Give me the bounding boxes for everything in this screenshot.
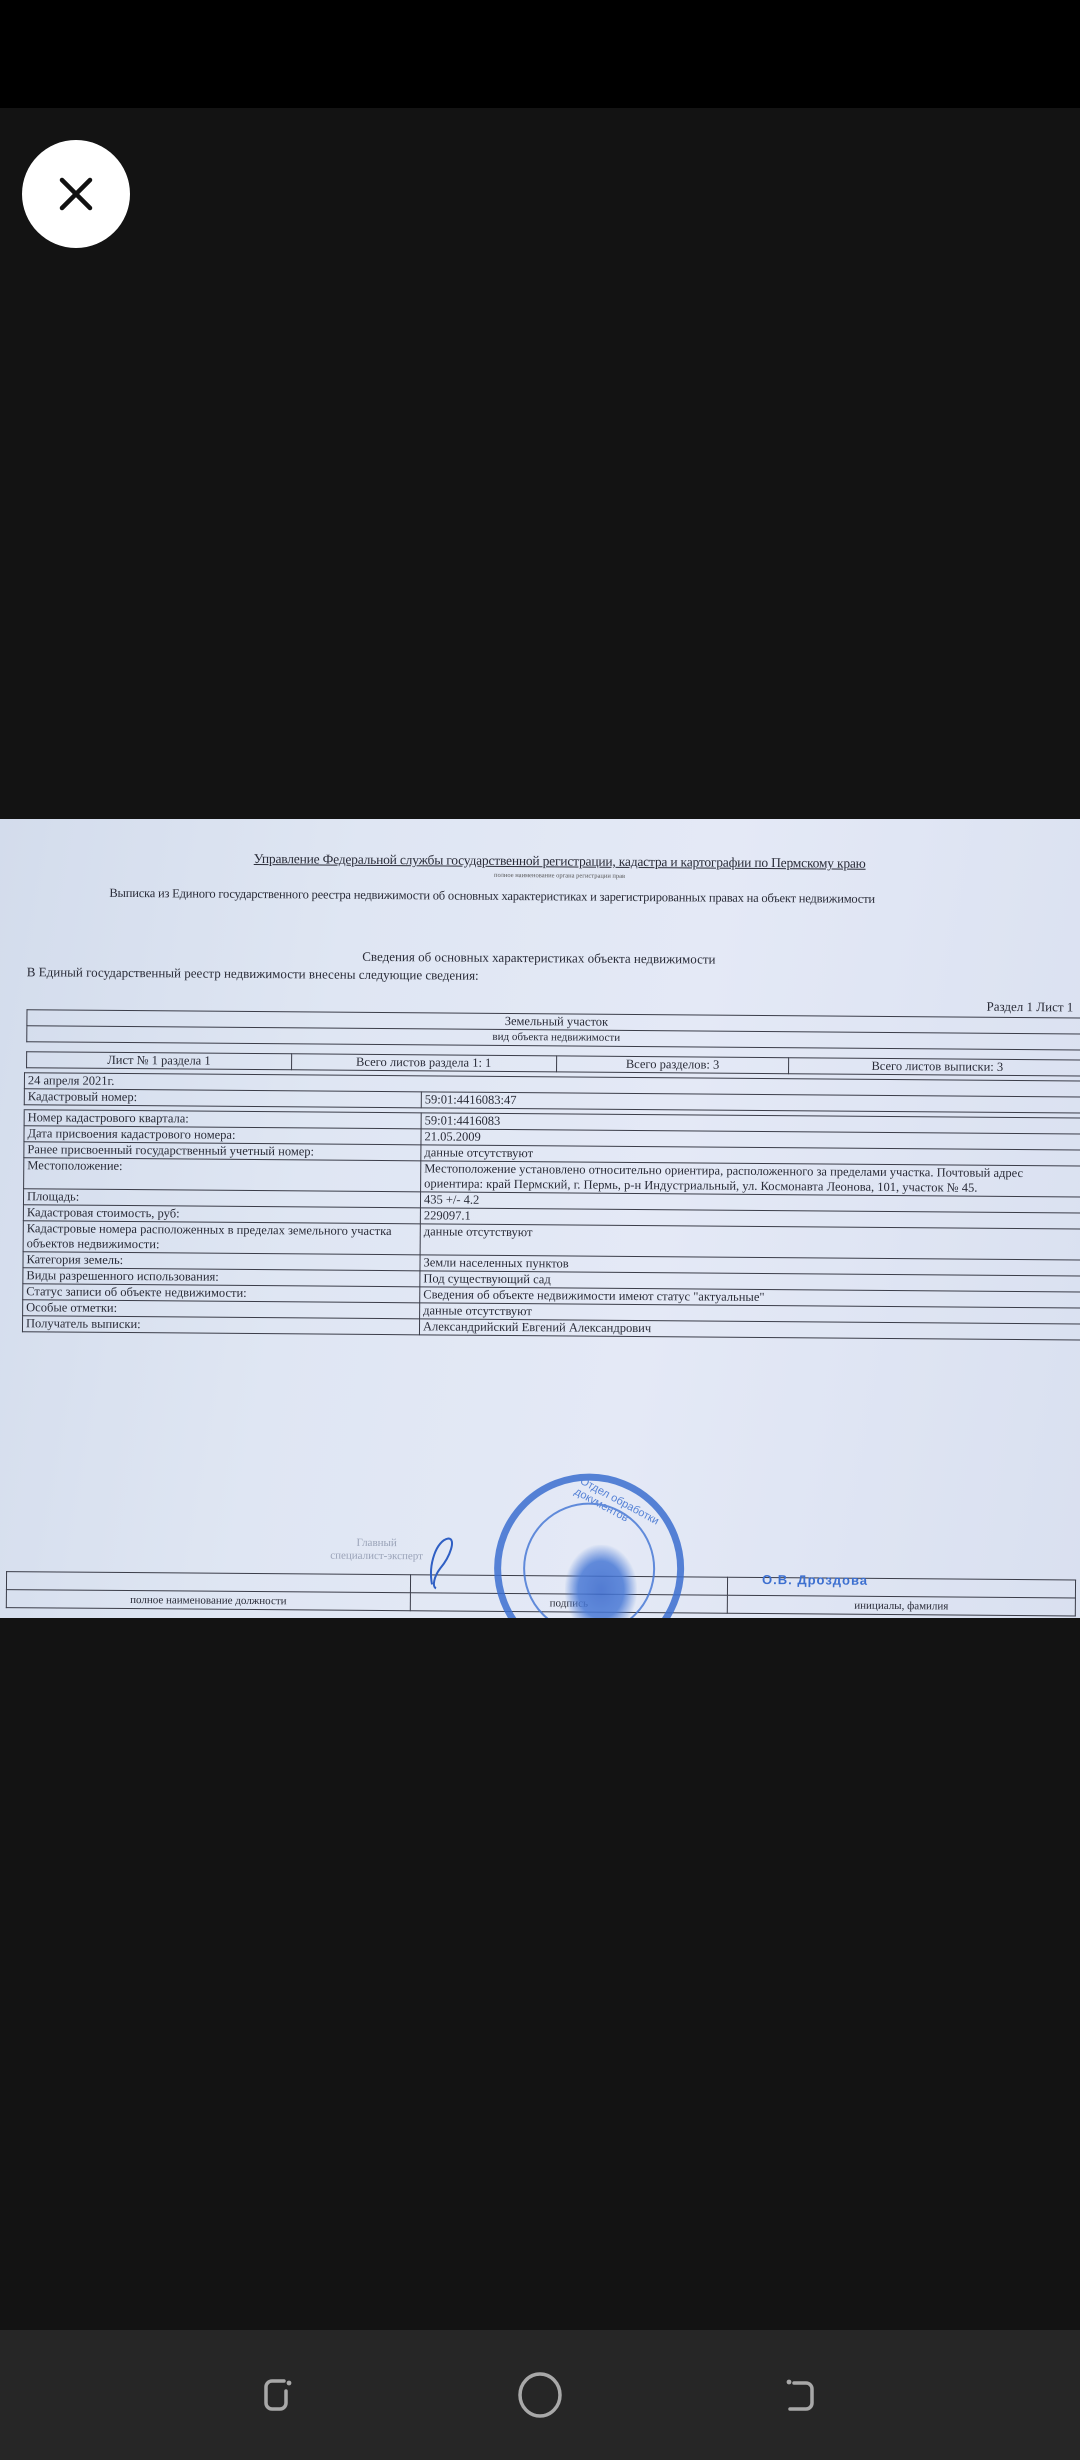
row-value: Местоположение установлено относительно … <box>421 1161 1080 1197</box>
signer-name: О.В. Дроздова <box>762 1572 868 1588</box>
initials-caption: инициалы, фамилия <box>727 1595 1075 1616</box>
handwritten-signature-icon <box>426 1534 456 1590</box>
page-info-section-sheets: Всего листов раздела 1: 1 <box>291 1054 556 1072</box>
section-intro: В Единый государственный реестр недвижим… <box>27 964 479 984</box>
property-info-table: 24 апреля 2021г. Кадастровый номер:59:01… <box>22 1072 1080 1340</box>
coat-of-arms-icon <box>565 1544 638 1618</box>
section-reference: Раздел 1 Лист 1 <box>986 999 1073 1016</box>
official-stamp-icon: Отдел обработки документов <box>493 1473 684 1618</box>
close-icon <box>56 174 96 214</box>
document-photo[interactable]: Управление Федеральной службы государств… <box>0 819 1080 1618</box>
status-bar <box>0 0 1080 108</box>
row-key: Получатель выписки: <box>22 1316 419 1335</box>
back-button[interactable] <box>770 2365 830 2425</box>
page-info-sections: Всего разделов: 3 <box>556 1056 789 1074</box>
home-icon <box>515 2370 565 2420</box>
recents-button[interactable] <box>250 2365 310 2425</box>
official-position-faint: Главный специалист-эксперт <box>330 1537 423 1564</box>
row-key: Местоположение: <box>24 1158 421 1192</box>
row-value: данные отсутствуют <box>420 1224 1080 1260</box>
navigation-bar <box>0 2330 1080 2460</box>
faint-title-line2: специалист-эксперт <box>330 1550 423 1564</box>
home-button[interactable] <box>510 2365 570 2425</box>
page-info-sheet: Лист № 1 раздела 1 <box>27 1052 292 1070</box>
close-button[interactable] <box>22 140 130 248</box>
recents-icon <box>258 2373 302 2417</box>
page-info-total-sheets: Всего листов выписки: 3 <box>789 1058 1080 1076</box>
row-key: Кадастровые номера расположенных в преде… <box>23 1221 420 1255</box>
egrn-extract-document: Управление Федеральной службы государств… <box>0 819 1080 1618</box>
faint-title-line1: Главный <box>330 1537 423 1551</box>
back-icon <box>778 2373 822 2417</box>
object-type-table: Земельный участок вид объекта недвижимос… <box>26 1009 1080 1050</box>
position-caption: полное наименование должности <box>6 1590 410 1611</box>
document-title: Выписка из Единого государственного реес… <box>109 886 875 907</box>
